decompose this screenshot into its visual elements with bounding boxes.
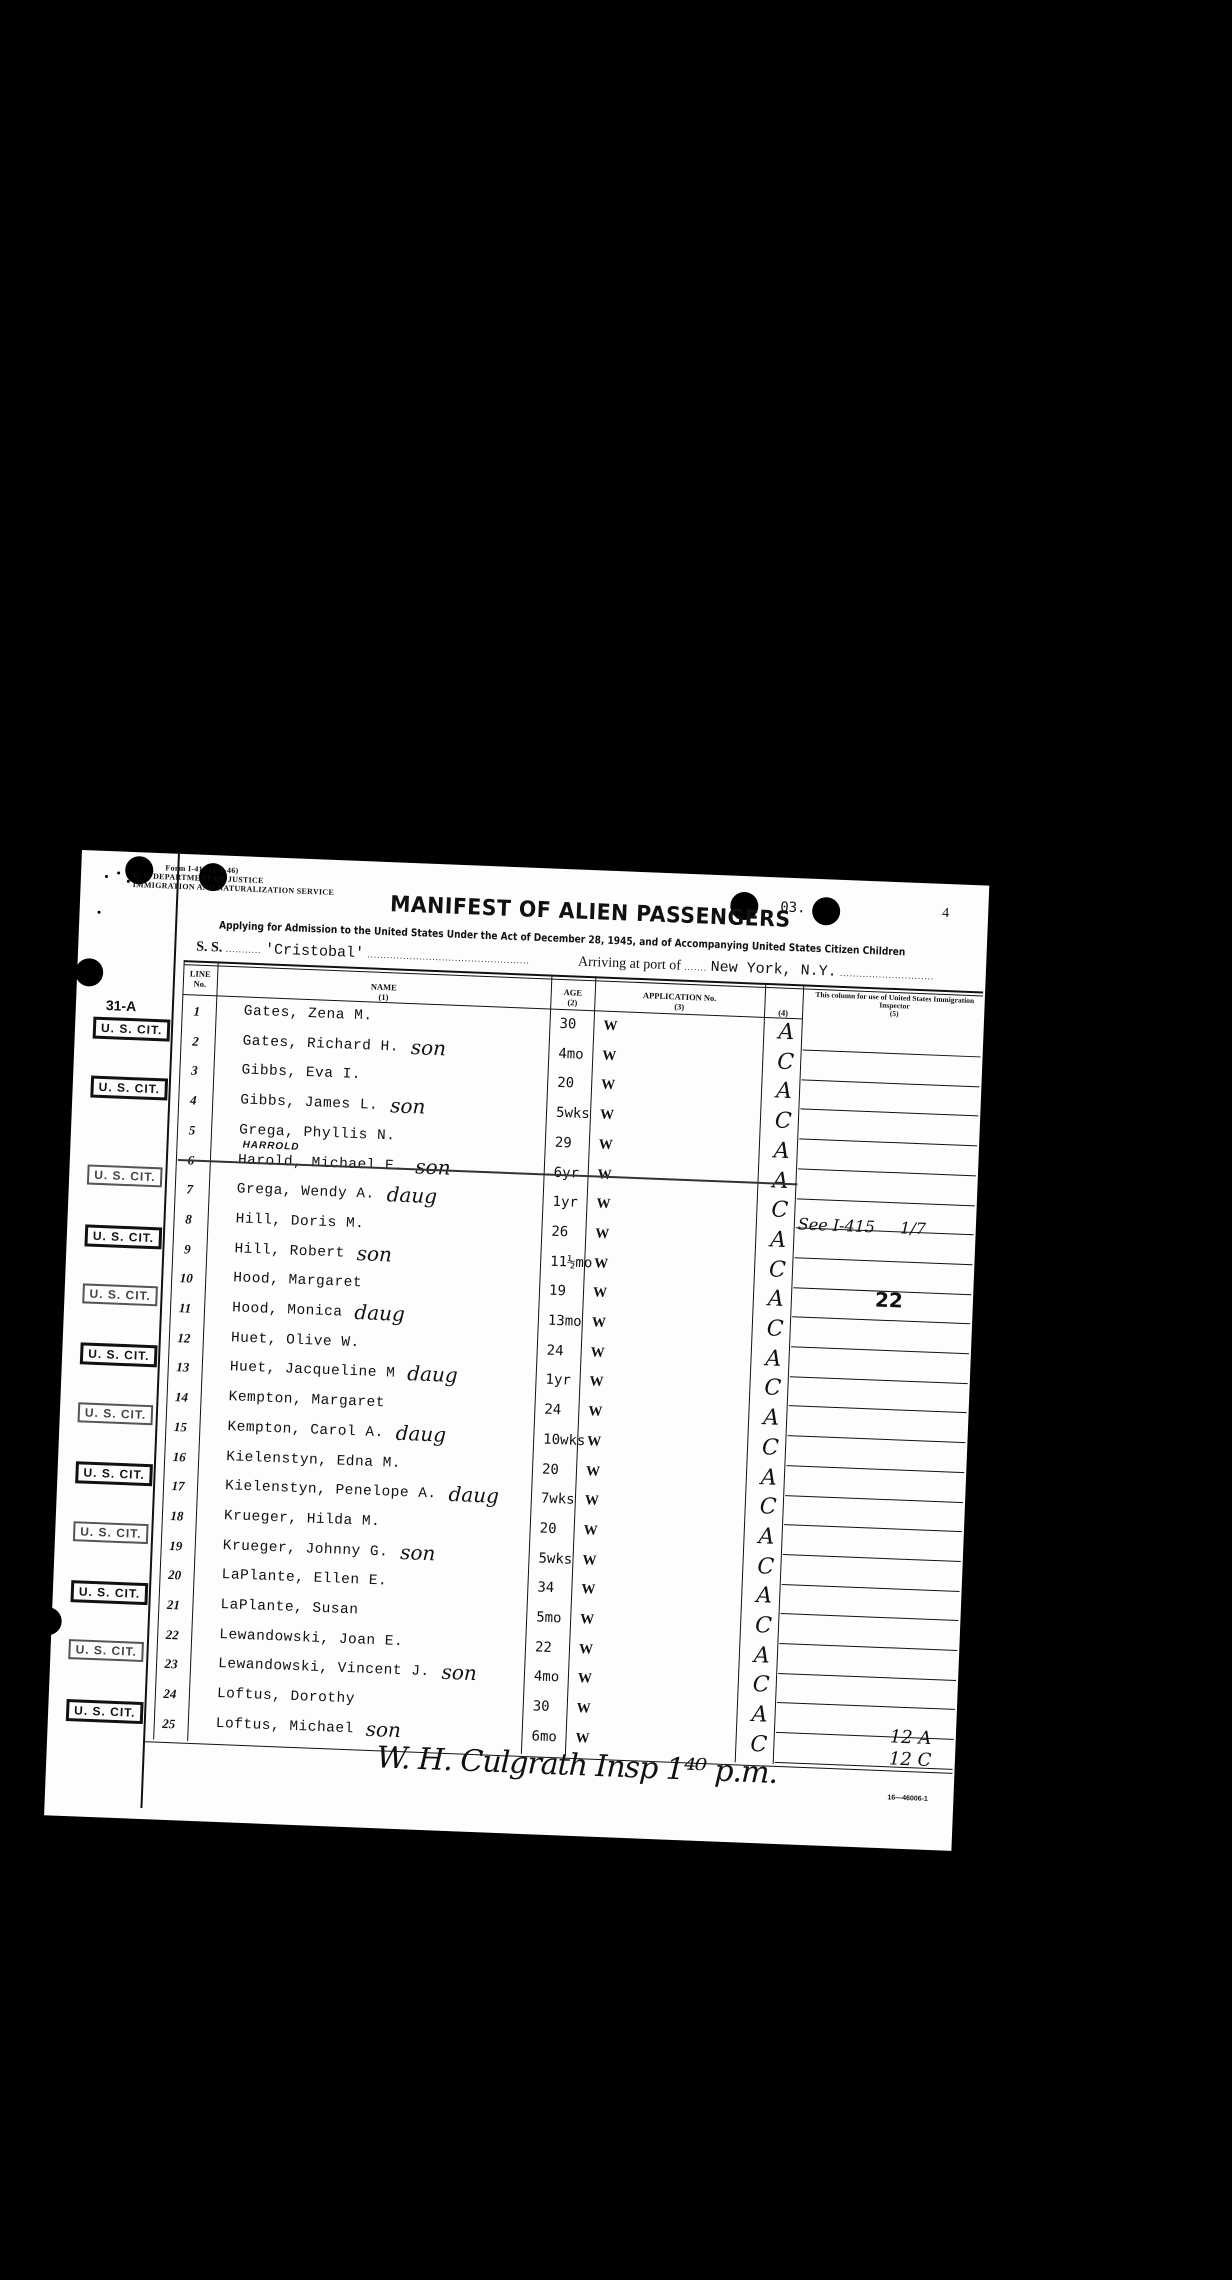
passenger-age: 5wks [556,1105,590,1122]
application-number: W [578,1672,593,1689]
passenger-name: Lewandowski, Vincent J. [218,1656,430,1680]
tally-a: 12 A [889,1726,931,1749]
passenger-name: Kielenstyn, Edna M. [226,1449,401,1472]
relationship-note: daug [386,1182,437,1208]
class-code: A [756,1583,773,1609]
relationship-note: son [356,1241,392,1266]
line-number: 3 [181,1062,208,1079]
passenger-age: 5wks [538,1550,572,1567]
passenger-name: Gibbs, Eva I. [241,1063,361,1084]
us-citizen-stamp: U. S. CIT. [87,1165,163,1188]
relationship-note: son [410,1035,446,1060]
passenger-name: Hill, Doris M. [235,1211,364,1232]
class-code: C [777,1049,795,1075]
passenger-count: 22 [874,1287,903,1312]
class-code: A [778,1019,795,1045]
passenger-age: 20 [557,1075,574,1092]
application-number: W [586,1464,601,1481]
line-number: 14 [168,1389,195,1406]
passenger-name: Hood, Margaret [233,1271,362,1292]
class-code: C [764,1376,782,1402]
class-code: C [766,1316,784,1342]
passenger-name: Kempton, Carol A. [227,1419,384,1441]
application-number: W [579,1642,594,1659]
line-number: 12 [171,1330,198,1347]
line-number: 9 [174,1241,201,1258]
application-number: W [595,1226,610,1243]
us-citizen-stamp: U. S. CIT. [90,1076,168,1101]
page-title: MANIFEST OF ALIEN PASSENGERS [390,892,791,933]
header-age: AGE (2) [550,987,595,1009]
us-citizen-stamp: U. S. CIT. [70,1580,148,1605]
passenger-name: Lewandowski, Joan E. [219,1627,404,1650]
line-number: 17 [165,1478,192,1495]
class-code: C [759,1494,777,1520]
application-number: W [591,1315,606,1332]
line-number: 22 [159,1626,186,1643]
class-code: A [751,1702,768,1728]
tally-c: 12 C [889,1748,932,1771]
passenger-age: 7wks [541,1491,575,1508]
relationship-note: son [415,1154,451,1179]
class-code: A [776,1079,793,1105]
application-number: W [598,1137,613,1154]
class-code: C [774,1109,792,1135]
relationship-note: son [441,1660,477,1685]
class-code: C [757,1554,775,1580]
line-number: 23 [158,1656,185,1673]
class-code: C [769,1257,787,1283]
application-number: W [575,1731,590,1748]
manifest-page: Form I-417 (1-4-46) U. S. DEPARTMENT OF … [44,850,989,1851]
class-code: A [758,1524,775,1550]
passenger-age: 30 [532,1698,549,1715]
passenger-age: 13mo [548,1313,582,1330]
class-code: C [762,1435,780,1461]
passenger-age: 34 [537,1580,554,1597]
relationship-note: daug [395,1421,446,1447]
passenger-age: 1yr [545,1372,571,1389]
class-code: A [753,1643,770,1669]
line-number: 8 [175,1211,202,1228]
passenger-name: Krueger, Johnny G. [222,1538,388,1560]
passenger-age: 24 [544,1402,561,1419]
passenger-age: 22 [535,1639,552,1656]
line-number: 20 [161,1567,188,1584]
line-number: 10 [173,1270,200,1287]
line-number: 24 [157,1686,184,1703]
punch-hole [75,958,104,987]
port-field: Arriving at port of ....... New York, N.… [578,954,935,985]
class-code: C [750,1732,768,1758]
relationship-note: daug [407,1362,458,1388]
us-citizen-stamp: U. S. CIT. [80,1343,158,1368]
passenger-name: Hill, Robert [234,1241,345,1261]
passenger-age: 24 [546,1342,563,1359]
passenger-name: LaPlante, Susan [220,1597,359,1618]
relationship-note: son [390,1093,426,1118]
passenger-name: LaPlante, Ellen E. [221,1567,387,1589]
application-number: W [584,1493,599,1510]
line-number: 21 [160,1597,187,1614]
passenger-name: Loftus, Dorothy [217,1686,356,1707]
application-number: W [580,1612,595,1629]
ship-name: 'Cristobal' [265,941,365,962]
line-number: 15 [167,1419,194,1436]
class-code: C [752,1672,770,1698]
application-number: W [596,1197,611,1214]
class-code: A [767,1287,784,1313]
header-inspector: This column for use of United States Imm… [806,991,983,1022]
line-number: 13 [169,1359,196,1376]
passenger-age: 5mo [536,1609,562,1626]
us-citizen-stamp: U. S. CIT. [78,1402,154,1425]
application-number: W [583,1523,598,1540]
port-label: Arriving at port of [578,955,682,974]
line-number: 1 [183,1003,210,1020]
passenger-age: 20 [542,1461,559,1478]
application-number: W [594,1256,609,1273]
class-code: C [755,1613,773,1639]
passenger-age: 20 [539,1520,556,1537]
line-number: 5 [179,1122,206,1139]
passenger-age: 26 [551,1224,568,1241]
punch-hole [812,897,841,926]
class-code: C [771,1198,789,1224]
passenger-age: 29 [555,1135,572,1152]
us-citizen-stamp: U. S. CIT. [82,1283,158,1306]
relationship-note: daug [354,1300,405,1326]
passenger-name: Kielenstyn, Penelope A. [225,1478,437,1502]
passenger-age: 30 [559,1016,576,1033]
line-number: 4 [180,1092,207,1109]
passenger-name: Krueger, Hilda M. [224,1508,381,1530]
application-number: W [587,1434,602,1451]
port-name: New York, N.Y. [710,959,837,981]
us-citizen-stamp: U. S. CIT. [93,1016,171,1041]
passenger-age: 1yr [552,1194,578,1211]
passenger-name: Gates, Richard H. [242,1033,399,1055]
us-citizen-stamp: U. S. CIT. [66,1699,144,1724]
passenger-age: 6mo [531,1728,557,1745]
passenger-age: 10wks [543,1431,586,1449]
application-number: W [602,1048,617,1065]
passenger-name: Gibbs, James L. [240,1093,379,1114]
class-code: A [770,1227,787,1253]
passenger-name: Grega, Wendy A. [236,1182,375,1203]
class-code: A [765,1346,782,1372]
passenger-name: Huet, Jacqueline M [229,1360,395,1382]
see-note-mark: 1/7 [900,1218,926,1238]
application-number: W [588,1404,603,1421]
line-number: 11 [172,1300,199,1317]
application-number: W [593,1286,608,1303]
us-citizen-stamp: U. S. CIT. [84,1224,162,1249]
application-number: W [600,1108,615,1125]
relationship-note: son [400,1540,436,1565]
application-number: W [590,1345,605,1362]
name-correction: HARROLD [242,1139,299,1152]
application-number: W [589,1375,604,1392]
application-number: W [582,1553,597,1570]
application-number: W [576,1701,591,1718]
application-number: W [603,1019,618,1036]
print-code: 16—46006-1 [887,1794,928,1803]
class-code: A [763,1405,780,1431]
class-code: A [760,1465,777,1491]
header-line-no: LINE No. [183,968,218,989]
line-number: 18 [164,1508,191,1525]
passenger-name: Huet, Olive W. [231,1330,360,1351]
class-code: A [773,1138,790,1164]
passenger-name: Loftus, Michael [215,1716,354,1737]
application-number: W [601,1078,616,1095]
passenger-age: 4mo [534,1669,560,1686]
ship-label: S. S. [196,940,223,956]
line-number: 19 [162,1537,189,1554]
us-citizen-stamp: U. S. CIT. [73,1521,149,1544]
passenger-name: Hood, Monica [232,1300,343,1320]
line-number: 16 [166,1448,193,1465]
passenger-name: Kempton, Margaret [228,1389,385,1411]
relationship-note: son [365,1717,401,1742]
form-number-block: Form I-417 (1-4-46) U. S. DEPARTMENT OF … [133,862,335,897]
us-citizen-stamp: U. S. CIT. [68,1639,144,1662]
application-number: W [581,1582,596,1599]
relationship-note: daug [448,1482,499,1508]
line-number: 2 [182,1033,209,1050]
passenger-age: 11½mo [550,1253,593,1271]
corner-mark: 4 [942,906,950,922]
class-code: A [772,1168,789,1194]
passenger-age: 4mo [558,1046,584,1063]
line-number: 25 [155,1715,182,1732]
us-citizen-stamp: U. S. CIT. [75,1461,153,1486]
line-number: 7 [176,1181,203,1198]
passenger-name: Gates, Zena M. [243,1003,372,1024]
passenger-age: 19 [549,1283,566,1300]
header-age-num: (2) [550,997,594,1009]
see-note-text: See I-415 [797,1214,875,1236]
